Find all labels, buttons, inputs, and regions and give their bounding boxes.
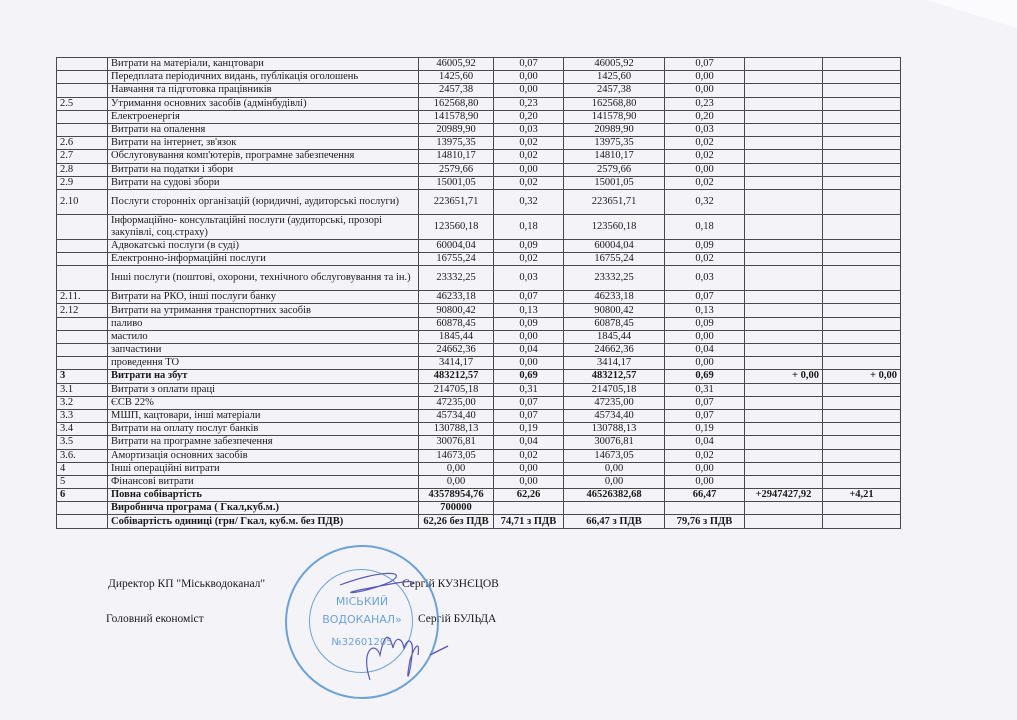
- cost-new: 0,00: [564, 462, 665, 475]
- item-name: Обслуговування комп'ютерів, програмне за…: [108, 150, 419, 163]
- row-number: 3.6.: [57, 449, 108, 462]
- item-name: ЄСВ 22%: [108, 396, 419, 409]
- cost-plan: 30076,81: [419, 436, 494, 449]
- cost-per-unit-plan: [494, 502, 564, 515]
- table-row: Витрати на опалення20989,900,0320989,900…: [57, 123, 901, 136]
- cost-new: 0,00: [564, 475, 665, 488]
- cost-per-unit-new: 0,23: [665, 97, 745, 110]
- cost-new: 16755,24: [564, 253, 665, 266]
- item-name: Витрати на РКО, інші послуги банку: [108, 291, 419, 304]
- cost-per-unit-new: 0,20: [665, 110, 745, 123]
- diff-per-unit: [823, 239, 901, 252]
- item-name: Послуги сторонніх організацій (юридичні,…: [108, 189, 419, 214]
- row-number: 3.3: [57, 409, 108, 422]
- cost-new: 483212,57: [564, 370, 665, 383]
- table-row: 4Інші операційні витрати0,000,000,000,00: [57, 462, 901, 475]
- diff-per-unit: [823, 357, 901, 370]
- cost-per-unit-plan: 0,00: [494, 71, 564, 84]
- cost-per-unit-new: 0,02: [665, 150, 745, 163]
- diff-total: [745, 150, 823, 163]
- diff-total: [745, 515, 823, 528]
- diff-per-unit: [823, 189, 901, 214]
- item-name: Витрати на податки і збори: [108, 163, 419, 176]
- row-number: 6: [57, 489, 108, 502]
- diff-per-unit: [823, 214, 901, 239]
- cost-plan: 20989,90: [419, 123, 494, 136]
- diff-per-unit: [823, 436, 901, 449]
- cost-plan: 14810,17: [419, 150, 494, 163]
- cost-per-unit-new: 0,02: [665, 253, 745, 266]
- cost-new: 123560,18: [564, 214, 665, 239]
- row-number: 2.8: [57, 163, 108, 176]
- item-name: Фінансові витрати: [108, 475, 419, 488]
- cost-per-unit-plan: 74,71 з ПДВ: [494, 515, 564, 528]
- diff-total: [745, 330, 823, 343]
- cost-per-unit-new: 66,47: [665, 489, 745, 502]
- cost-plan: 162568,80: [419, 97, 494, 110]
- cost-new: 90800,42: [564, 304, 665, 317]
- diff-per-unit: [823, 84, 901, 97]
- row-number: 2.7: [57, 150, 108, 163]
- table-row: 3Витрати на збут483212,570,69483212,570,…: [57, 370, 901, 383]
- cost-plan: 123560,18: [419, 214, 494, 239]
- diff-per-unit: [823, 462, 901, 475]
- row-number: [57, 84, 108, 97]
- diff-per-unit: [823, 515, 901, 528]
- cost-new: 15001,05: [564, 176, 665, 189]
- cost-plan: 13975,35: [419, 137, 494, 150]
- diff-total: + 0,00: [745, 370, 823, 383]
- row-number: 2.10: [57, 189, 108, 214]
- row-number: [57, 344, 108, 357]
- cost-per-unit-new: 0,00: [665, 462, 745, 475]
- row-number: [57, 317, 108, 330]
- diff-per-unit: [823, 137, 901, 150]
- diff-total: [745, 462, 823, 475]
- cost-plan: 16755,24: [419, 253, 494, 266]
- diff-per-unit: [823, 253, 901, 266]
- diff-total: [745, 110, 823, 123]
- row-number: [57, 71, 108, 84]
- item-name: МШП, кацтовари, інші матеріали: [108, 409, 419, 422]
- cost-plan: 46233,18: [419, 291, 494, 304]
- item-name: Утримання основних засобів (адмінбудівлі…: [108, 97, 419, 110]
- cost-new: [564, 502, 665, 515]
- cost-per-unit-new: 0,02: [665, 449, 745, 462]
- table-row: 2.6Витрати на інтернет, зв'язок13975,350…: [57, 137, 901, 150]
- cost-per-unit-new: 0,31: [665, 383, 745, 396]
- row-number: [57, 239, 108, 252]
- cost-per-unit-new: 0,13: [665, 304, 745, 317]
- cost-per-unit-plan: 0,32: [494, 189, 564, 214]
- cost-per-unit-new: 0,18: [665, 214, 745, 239]
- diff-total: [745, 344, 823, 357]
- diff-total: [745, 97, 823, 110]
- table-row: Інформаційно- консультаційні послуги (ау…: [57, 214, 901, 239]
- cost-per-unit-plan: 0,04: [494, 344, 564, 357]
- row-number: 2.9: [57, 176, 108, 189]
- cost-per-unit-new: 0,02: [665, 176, 745, 189]
- cost-new: 60004,04: [564, 239, 665, 252]
- cost-per-unit-plan: 0,00: [494, 84, 564, 97]
- item-name: Витрати на утримання транспортних засобі…: [108, 304, 419, 317]
- cost-per-unit-new: 0,03: [665, 266, 745, 291]
- diff-total: [745, 71, 823, 84]
- cost-plan: 223651,71: [419, 189, 494, 214]
- cost-new: 60878,45: [564, 317, 665, 330]
- cost-plan: 1845,44: [419, 330, 494, 343]
- diff-per-unit: [823, 502, 901, 515]
- row-number: [57, 123, 108, 136]
- cost-plan: 3414,17: [419, 357, 494, 370]
- diff-total: [745, 423, 823, 436]
- row-number: 2.6: [57, 137, 108, 150]
- diff-per-unit: [823, 291, 901, 304]
- cost-plan: 130788,13: [419, 423, 494, 436]
- item-name: Інші операційні витрати: [108, 462, 419, 475]
- item-name: Витрати на програмне забезпечення: [108, 436, 419, 449]
- director-title: Директор КП "Міськводоканал": [108, 578, 265, 590]
- table-row: 3.2ЄСВ 22%47235,000,0747235,000,07: [57, 396, 901, 409]
- diff-total: [745, 396, 823, 409]
- table-row: Інші послуги (поштові, охорони, технічно…: [57, 266, 901, 291]
- cost-per-unit-plan: 0,07: [494, 291, 564, 304]
- cost-new: 1845,44: [564, 330, 665, 343]
- cost-plan: 0,00: [419, 475, 494, 488]
- cost-per-unit-new: 0,69: [665, 370, 745, 383]
- table-row: 3.1Витрати з оплати праці214705,180,3121…: [57, 383, 901, 396]
- diff-per-unit: [823, 317, 901, 330]
- cost-per-unit-plan: 0,20: [494, 110, 564, 123]
- diff-per-unit: +4,21: [823, 489, 901, 502]
- table-row: Електроенергія141578,900,20141578,900,20: [57, 110, 901, 123]
- row-number: [57, 502, 108, 515]
- cost-new: 141578,90: [564, 110, 665, 123]
- diff-per-unit: [823, 344, 901, 357]
- cost-per-unit-plan: 0,02: [494, 150, 564, 163]
- cost-plan: 46005,92: [419, 58, 494, 71]
- row-number: [57, 357, 108, 370]
- diff-total: [745, 84, 823, 97]
- diff-total: [745, 317, 823, 330]
- table-row: мастило1845,440,001845,440,00: [57, 330, 901, 343]
- cost-new: 14810,17: [564, 150, 665, 163]
- cost-plan: 14673,05: [419, 449, 494, 462]
- cost-plan: 483212,57: [419, 370, 494, 383]
- cost-per-unit-plan: 0,09: [494, 239, 564, 252]
- cost-per-unit-new: 0,00: [665, 330, 745, 343]
- cost-per-unit-plan: 0,00: [494, 357, 564, 370]
- cost-new: 66,47 з ПДВ: [564, 515, 665, 528]
- cost-per-unit-new: 79,76 з ПДВ: [665, 515, 745, 528]
- cost-per-unit-new: 0,32: [665, 189, 745, 214]
- cost-per-unit-plan: 62,26: [494, 489, 564, 502]
- cost-new: 45734,40: [564, 409, 665, 422]
- cost-new: 46005,92: [564, 58, 665, 71]
- table-row: 2.11.Витрати на РКО, інші послуги банку4…: [57, 291, 901, 304]
- diff-total: [745, 189, 823, 214]
- cost-new: 2457,38: [564, 84, 665, 97]
- item-name: Виробнича програма ( Гкал,куб.м.): [108, 502, 419, 515]
- cost-new: 2579,66: [564, 163, 665, 176]
- cost-plan: 90800,42: [419, 304, 494, 317]
- diff-per-unit: [823, 396, 901, 409]
- diff-total: [745, 176, 823, 189]
- cost-plan: 47235,00: [419, 396, 494, 409]
- cost-per-unit-plan: 0,03: [494, 123, 564, 136]
- item-name: Повна собівартість: [108, 489, 419, 502]
- row-number: [57, 110, 108, 123]
- diff-total: [745, 436, 823, 449]
- diff-per-unit: [823, 150, 901, 163]
- cost-per-unit-new: 0,04: [665, 344, 745, 357]
- row-number: [57, 214, 108, 239]
- item-name: Витрати на інтернет, зв'язок: [108, 137, 419, 150]
- table-row: 2.12Витрати на утримання транспортних за…: [57, 304, 901, 317]
- item-name: Собівартість одиниці (грн/ Гкал, куб.м. …: [108, 515, 419, 528]
- cost-per-unit-new: 0,07: [665, 409, 745, 422]
- diff-total: [745, 383, 823, 396]
- cost-per-unit-plan: 0,31: [494, 383, 564, 396]
- item-name: Електроенергія: [108, 110, 419, 123]
- item-name: запчастини: [108, 344, 419, 357]
- table-row: 2.10Послуги сторонніх організацій (юриди…: [57, 189, 901, 214]
- cost-new: 30076,81: [564, 436, 665, 449]
- table-row: 3.5Витрати на програмне забезпечення3007…: [57, 436, 901, 449]
- item-name: Передплата періодичних видань, публікаці…: [108, 71, 419, 84]
- table-row: 2.7Обслуговування комп'ютерів, програмне…: [57, 150, 901, 163]
- table-row: 3.6.Амортизація основних засобів14673,05…: [57, 449, 901, 462]
- cost-plan: 700000: [419, 502, 494, 515]
- cost-per-unit-plan: 0,03: [494, 266, 564, 291]
- cost-per-unit-new: 0,09: [665, 239, 745, 252]
- row-number: 2.11.: [57, 291, 108, 304]
- cost-per-unit-new: 0,00: [665, 163, 745, 176]
- cost-per-unit-new: 0,00: [665, 475, 745, 488]
- cost-per-unit-new: 0,00: [665, 71, 745, 84]
- diff-total: [745, 475, 823, 488]
- diff-total: [745, 409, 823, 422]
- cost-plan: 43578954,76: [419, 489, 494, 502]
- table-row: проведення ТО3414,170,003414,170,00: [57, 357, 901, 370]
- item-name: Витрати на судові збори: [108, 176, 419, 189]
- diff-per-unit: [823, 71, 901, 84]
- cost-per-unit-plan: 0,07: [494, 396, 564, 409]
- cost-plan: 2457,38: [419, 84, 494, 97]
- diff-per-unit: [823, 110, 901, 123]
- item-name: проведення ТО: [108, 357, 419, 370]
- diff-total: [745, 214, 823, 239]
- diff-total: [745, 449, 823, 462]
- row-number: [57, 266, 108, 291]
- cost-new: 46526382,68: [564, 489, 665, 502]
- item-name: Витрати на оплату послуг банків: [108, 423, 419, 436]
- diff-per-unit: [823, 123, 901, 136]
- diff-per-unit: [823, 58, 901, 71]
- cost-per-unit-plan: 0,02: [494, 137, 564, 150]
- cost-per-unit-plan: 0,02: [494, 176, 564, 189]
- row-number: 5: [57, 475, 108, 488]
- diff-per-unit: [823, 266, 901, 291]
- table-row: 2.8Витрати на податки і збори2579,660,00…: [57, 163, 901, 176]
- diff-per-unit: [823, 409, 901, 422]
- cost-plan: 60004,04: [419, 239, 494, 252]
- cost-per-unit-plan: 0,13: [494, 304, 564, 317]
- row-number: [57, 253, 108, 266]
- diff-per-unit: [823, 449, 901, 462]
- cost-per-unit-new: 0,07: [665, 291, 745, 304]
- diff-per-unit: [823, 423, 901, 436]
- cost-per-unit-plan: 0,23: [494, 97, 564, 110]
- cost-plan: 24662,36: [419, 344, 494, 357]
- table-row: Виробнича програма ( Гкал,куб.м.)700000: [57, 502, 901, 515]
- diff-total: +2947427,92: [745, 489, 823, 502]
- row-number: 3.1: [57, 383, 108, 396]
- diff-total: [745, 266, 823, 291]
- cost-per-unit-plan: 0,00: [494, 163, 564, 176]
- cost-per-unit-plan: 0,00: [494, 462, 564, 475]
- item-name: Витрати на опалення: [108, 123, 419, 136]
- cost-plan: 141578,90: [419, 110, 494, 123]
- diff-total: [745, 304, 823, 317]
- row-number: [57, 330, 108, 343]
- cost-new: 214705,18: [564, 383, 665, 396]
- cost-new: 23332,25: [564, 266, 665, 291]
- cost-per-unit-new: 0,00: [665, 357, 745, 370]
- cost-new: 20989,90: [564, 123, 665, 136]
- cost-per-unit-new: 0,02: [665, 137, 745, 150]
- row-number: 3: [57, 370, 108, 383]
- row-number: 2.5: [57, 97, 108, 110]
- cost-per-unit-plan: 0,07: [494, 58, 564, 71]
- cost-per-unit-plan: 0,02: [494, 449, 564, 462]
- cost-plan: 62,26 без ПДВ: [419, 515, 494, 528]
- cost-new: 13975,35: [564, 137, 665, 150]
- cost-new: 47235,00: [564, 396, 665, 409]
- cost-per-unit-new: 0,07: [665, 58, 745, 71]
- row-number: 4: [57, 462, 108, 475]
- cost-per-unit-plan: 0,00: [494, 330, 564, 343]
- diff-per-unit: [823, 330, 901, 343]
- cost-plan: 45734,40: [419, 409, 494, 422]
- diff-total: [745, 239, 823, 252]
- diff-total: [745, 137, 823, 150]
- cost-per-unit-plan: 0,00: [494, 475, 564, 488]
- table-row: Адвокатські послуги (в суді)60004,040,09…: [57, 239, 901, 252]
- diff-per-unit: [823, 97, 901, 110]
- cost-table: Витрати на матеріали, канцтовари46005,92…: [56, 57, 901, 529]
- cost-per-unit-new: 0,19: [665, 423, 745, 436]
- cost-new: 162568,80: [564, 97, 665, 110]
- table-row: Навчання та підготовка працівників2457,3…: [57, 84, 901, 97]
- diff-total: [745, 163, 823, 176]
- diff-total: [745, 58, 823, 71]
- item-name: Амортизація основних засобів: [108, 449, 419, 462]
- table-row: Електронно-інформаційні послуги16755,240…: [57, 253, 901, 266]
- table-row: 3.4 Витрати на оплату послуг банків13078…: [57, 423, 901, 436]
- row-number: [57, 58, 108, 71]
- cost-per-unit-plan: 0,19: [494, 423, 564, 436]
- table-row: запчастини24662,360,0424662,360,04: [57, 344, 901, 357]
- cost-per-unit-plan: 0,69: [494, 370, 564, 383]
- page-fold: [927, 0, 1017, 28]
- row-number: 3.4: [57, 423, 108, 436]
- item-name: Навчання та підготовка працівників: [108, 84, 419, 97]
- cost-per-unit-plan: 0,18: [494, 214, 564, 239]
- signature-scribble-icon: [290, 560, 490, 700]
- cost-per-unit-new: 0,00: [665, 84, 745, 97]
- cost-per-unit-plan: 0,09: [494, 317, 564, 330]
- row-number: 3.5: [57, 436, 108, 449]
- item-name: Витрати на матеріали, канцтовари: [108, 58, 419, 71]
- cost-new: 14673,05: [564, 449, 665, 462]
- item-name: Електронно-інформаційні послуги: [108, 253, 419, 266]
- item-name: Інші послуги (поштові, охорони, технічно…: [108, 266, 419, 291]
- cost-new: 46233,18: [564, 291, 665, 304]
- cost-per-unit-new: 0,03: [665, 123, 745, 136]
- cost-per-unit-plan: 0,04: [494, 436, 564, 449]
- item-name: паливо: [108, 317, 419, 330]
- diff-total: [745, 291, 823, 304]
- item-name: Інформаційно- консультаційні послуги (ау…: [108, 214, 419, 239]
- cost-per-unit-plan: 0,02: [494, 253, 564, 266]
- cost-new: 24662,36: [564, 344, 665, 357]
- cost-new: 130788,13: [564, 423, 665, 436]
- diff-total: [745, 502, 823, 515]
- table-row: паливо60878,450,0960878,450,09: [57, 317, 901, 330]
- economist-title: Головний економіст: [106, 613, 204, 625]
- table-row: 2.9Витрати на судові збори15001,050,0215…: [57, 176, 901, 189]
- cost-plan: 214705,18: [419, 383, 494, 396]
- cost-per-unit-plan: 0,07: [494, 409, 564, 422]
- table-row: Собівартість одиниці (грн/ Гкал, куб.м. …: [57, 515, 901, 528]
- diff-per-unit: [823, 304, 901, 317]
- diff-per-unit: + 0,00: [823, 370, 901, 383]
- cost-plan: 23332,25: [419, 266, 494, 291]
- cost-new: 223651,71: [564, 189, 665, 214]
- diff-per-unit: [823, 475, 901, 488]
- diff-total: [745, 357, 823, 370]
- cost-plan: 60878,45: [419, 317, 494, 330]
- cost-plan: 0,00: [419, 462, 494, 475]
- table-row: 2.5Утримання основних засобів (адмінбуді…: [57, 97, 901, 110]
- row-number: 3.2: [57, 396, 108, 409]
- cost-plan: 1425,60: [419, 71, 494, 84]
- cost-plan: 15001,05: [419, 176, 494, 189]
- table-row: 6Повна собівартість43578954,7662,2646526…: [57, 489, 901, 502]
- item-name: мастило: [108, 330, 419, 343]
- cost-per-unit-new: [665, 502, 745, 515]
- cost-per-unit-new: 0,04: [665, 436, 745, 449]
- row-number: 2.12: [57, 304, 108, 317]
- row-number: [57, 515, 108, 528]
- item-name: Адвокатські послуги (в суді): [108, 239, 419, 252]
- cost-per-unit-new: 0,09: [665, 317, 745, 330]
- table-row: 5Фінансові витрати0,000,000,000,00: [57, 475, 901, 488]
- cost-new: 3414,17: [564, 357, 665, 370]
- diff-total: [745, 123, 823, 136]
- diff-per-unit: [823, 383, 901, 396]
- table-row: 3.3МШП, кацтовари, інші матеріали45734,4…: [57, 409, 901, 422]
- item-name: Витрати з оплати праці: [108, 383, 419, 396]
- table-row: Витрати на матеріали, канцтовари46005,92…: [57, 58, 901, 71]
- diff-per-unit: [823, 163, 901, 176]
- diff-per-unit: [823, 176, 901, 189]
- diff-total: [745, 253, 823, 266]
- cost-plan: 2579,66: [419, 163, 494, 176]
- item-name: Витрати на збут: [108, 370, 419, 383]
- table-row: Передплата періодичних видань, публікаці…: [57, 71, 901, 84]
